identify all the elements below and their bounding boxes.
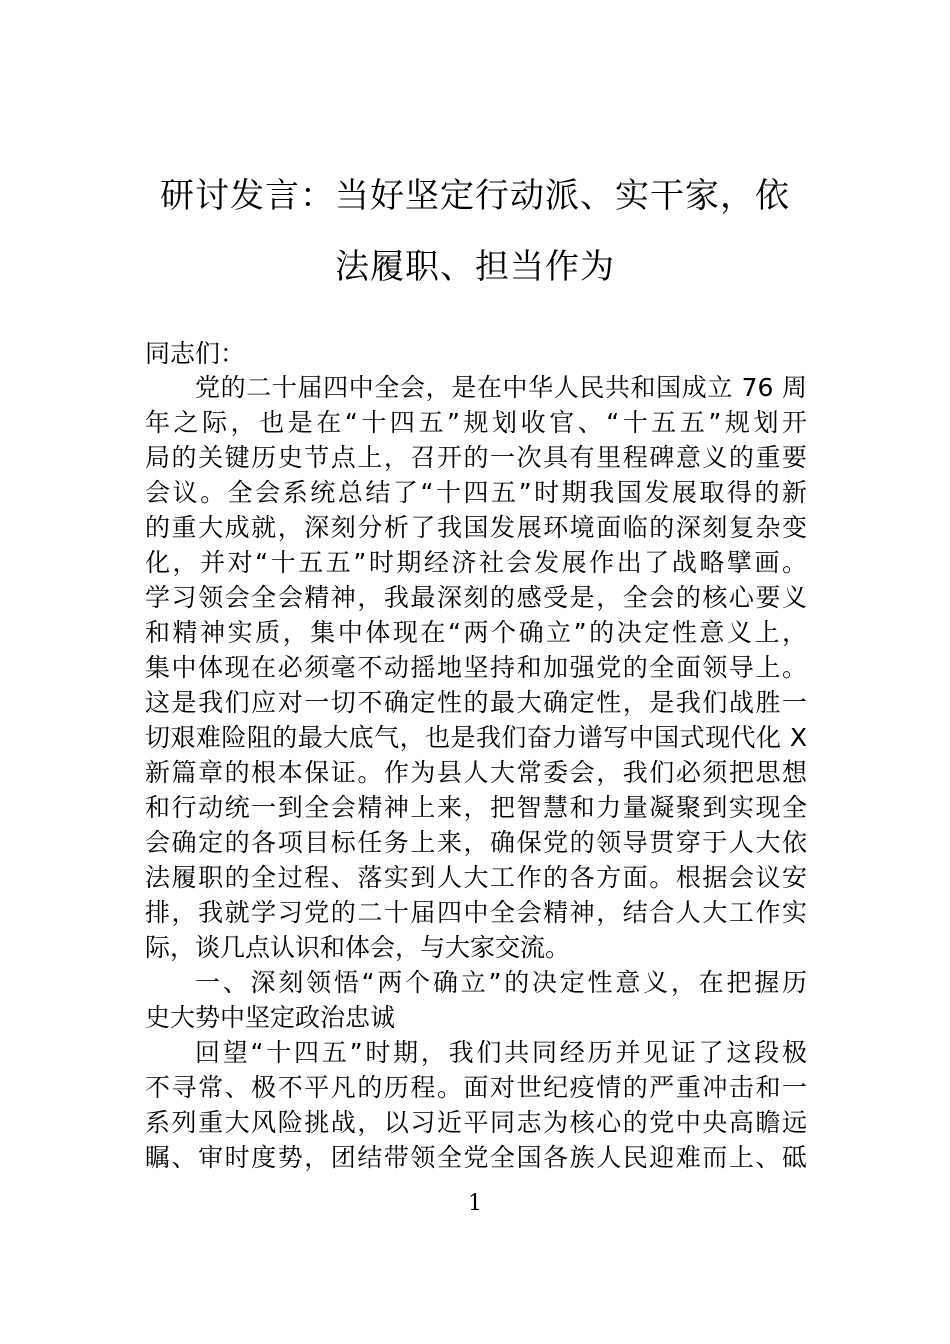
section-heading-line: 史大势中坚定政治忠诚: [145, 1003, 807, 1033]
body-line: 局的关键历史节点上，召开的一次具有里程碑意义的重要: [145, 443, 807, 473]
body-line: 际，谈几点认识和体会，与大家交流。: [145, 933, 807, 963]
body-line: 和精神实质，集中体现在“两个确立”的决定性意义上，: [145, 618, 807, 648]
body-line: 的重大成就，深刻分析了我国发展环境面临的深刻复杂变: [145, 513, 807, 543]
body-line: 会议。全会系统总结了“十四五”时期我国发展取得的新: [145, 478, 807, 508]
body-line: 党的二十届四中全会，是在中华人民共和国成立 76 周: [195, 373, 807, 403]
body-line: 这是我们应对一切不确定性的最大确定性，是我们战胜一: [145, 688, 807, 718]
body-line: 排，我就学习党的二十届四中全会精神，结合人大工作实: [145, 898, 807, 928]
body-line: 切艰难险阻的最大底气，也是我们奋力谱写中国式现代化 X: [145, 723, 807, 753]
section-heading-line: 一、深刻领悟“两个确立”的决定性意义，在把握历: [195, 968, 807, 998]
body-line: 法履职的全过程、落实到人大工作的各方面。根据会议安: [145, 863, 807, 893]
document-page: 研讨发言：当好坚定行动派、实干家，依 法履职、担当作为 同志们： 党的二十届四中…: [0, 0, 950, 1344]
page-number: 1: [0, 1190, 950, 1218]
document-title-line-1: 研讨发言：当好坚定行动派、实干家，依: [0, 176, 950, 216]
body-line: 不寻常、极不平凡的历程。面对世纪疫情的严重冲击和一: [145, 1073, 807, 1103]
body-line: 系列重大风险挑战，以习近平同志为核心的党中央高瞻远: [145, 1108, 807, 1138]
body-line: 年之际，也是在“十四五”规划收官、“十五五”规划开: [145, 408, 807, 438]
body-line: 回望“十四五”时期，我们共同经历并见证了这段极: [195, 1038, 807, 1068]
body-line: 瞩、审时度势，团结带领全党全国各族人民迎难而上、砥: [145, 1143, 807, 1173]
body-line: 和行动统一到全会精神上来，把智慧和力量凝聚到实现全: [145, 793, 807, 823]
body-line: 化，并对“十五五”时期经济社会发展作出了战略擘画。: [145, 548, 807, 578]
body-line: 集中体现在必须毫不动摇地坚持和加强党的全面领导上。: [145, 653, 807, 683]
salutation: 同志们：: [145, 339, 807, 369]
body-line: 学习领会全会精神，我最深刻的感受是，全会的核心要义: [145, 583, 807, 613]
body-line: 新篇章的根本保证。作为县人大常委会，我们必须把思想: [145, 758, 807, 788]
body-line: 会确定的各项目标任务上来，确保党的领导贯穿于人大依: [145, 828, 807, 858]
document-title-line-2: 法履职、担当作为: [0, 247, 950, 287]
